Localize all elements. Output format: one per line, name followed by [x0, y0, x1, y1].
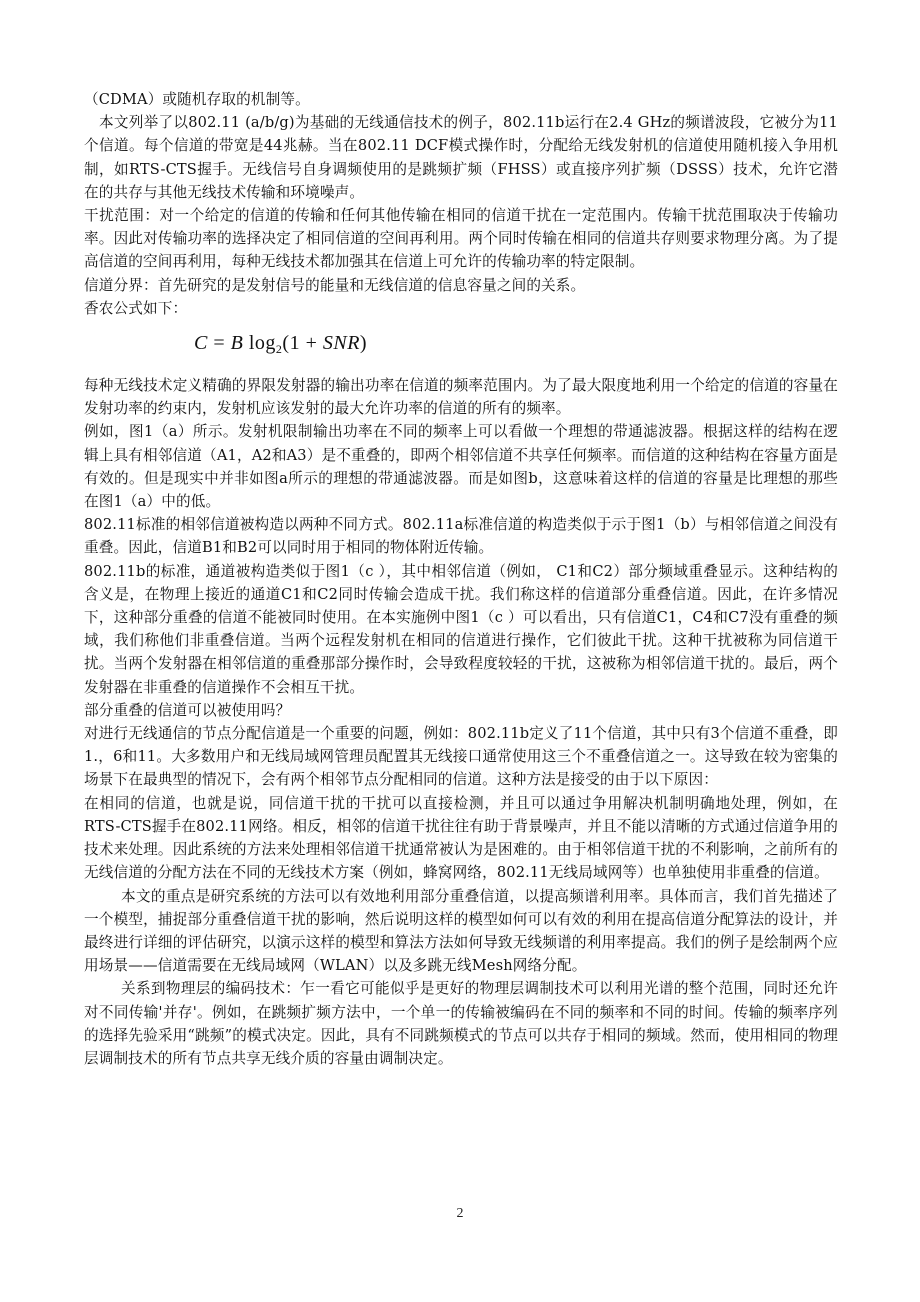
- paragraph-interference-range: 干扰范围：对一个给定的信道的传输和任何其他传输在相同的信道干扰在一定范围内。传输…: [84, 204, 838, 274]
- formula-arg-open: (1 +: [282, 332, 322, 354]
- formula-equals: =: [208, 332, 231, 354]
- formula-snr: SNR: [323, 332, 360, 354]
- paragraph-question-heading: 部分重叠的信道可以被使用吗？: [84, 699, 838, 722]
- formula-expression: C = B log2(1 + SNR): [194, 332, 367, 361]
- formula-log: log: [243, 332, 276, 354]
- paragraph-same-channel: 在相同的信道，也就是说，同信道干扰的干扰可以直接检测，并且可以通过争用解决机制明…: [84, 792, 838, 885]
- formula-capacity: C: [194, 332, 208, 354]
- paragraph-80211b-overlap: 802.11b的标准，通道被构造类似于图1（c ），其中相邻信道（例如， C1和…: [84, 560, 838, 699]
- paragraph-figure1a: 例如，图1（a）所示。发射机限制输出功率在不同的频率上可以看做一个理想的带通滤波…: [84, 420, 838, 513]
- paragraph-channel-assignment: 对进行无线通信的节点分配信道是一个重要的问题，例如：802.11b定义了11个信…: [84, 722, 838, 792]
- formula-bandwidth: B: [231, 332, 244, 354]
- document-page: （CDMA）或随机存取的机制等。 本文列举了以802.11 (a/b/g)为基础…: [84, 88, 838, 1070]
- paragraph-intro-80211: 本文列举了以802.11 (a/b/g)为基础的无线通信技术的例子，802.11…: [84, 111, 838, 204]
- paragraph-cdma-continuation: （CDMA）或随机存取的机制等。: [84, 88, 838, 111]
- paragraph-power-limits: 每种无线技术定义精确的界限发射器的输出功率在信道的频率范围内。为了最大限度地利用…: [84, 374, 838, 420]
- paragraph-channel-boundary: 信道分界：首先研究的是发射信号的能量和无线信道的信息容量之间的关系。: [84, 274, 838, 297]
- formula-arg-close: ): [360, 332, 367, 354]
- paragraph-phy-coding: 关系到物理层的编码技术：乍一看它可能似乎是更好的物理层调制技术可以利用光谱的整个…: [84, 977, 838, 1070]
- paragraph-shannon-label: 香农公式如下：: [84, 297, 838, 320]
- paragraph-focus: 本文的重点是研究系统的方法可以有效地利用部分重叠信道，以提高频谱利用率。具体而言…: [84, 885, 838, 978]
- page-number: 2: [0, 1206, 920, 1222]
- paragraph-80211-adjacent: 802.11标准的相邻信道被构造以两种不同方式。802.11a标准信道的构造类似…: [84, 513, 838, 559]
- shannon-formula: C = B log2(1 + SNR): [84, 320, 838, 374]
